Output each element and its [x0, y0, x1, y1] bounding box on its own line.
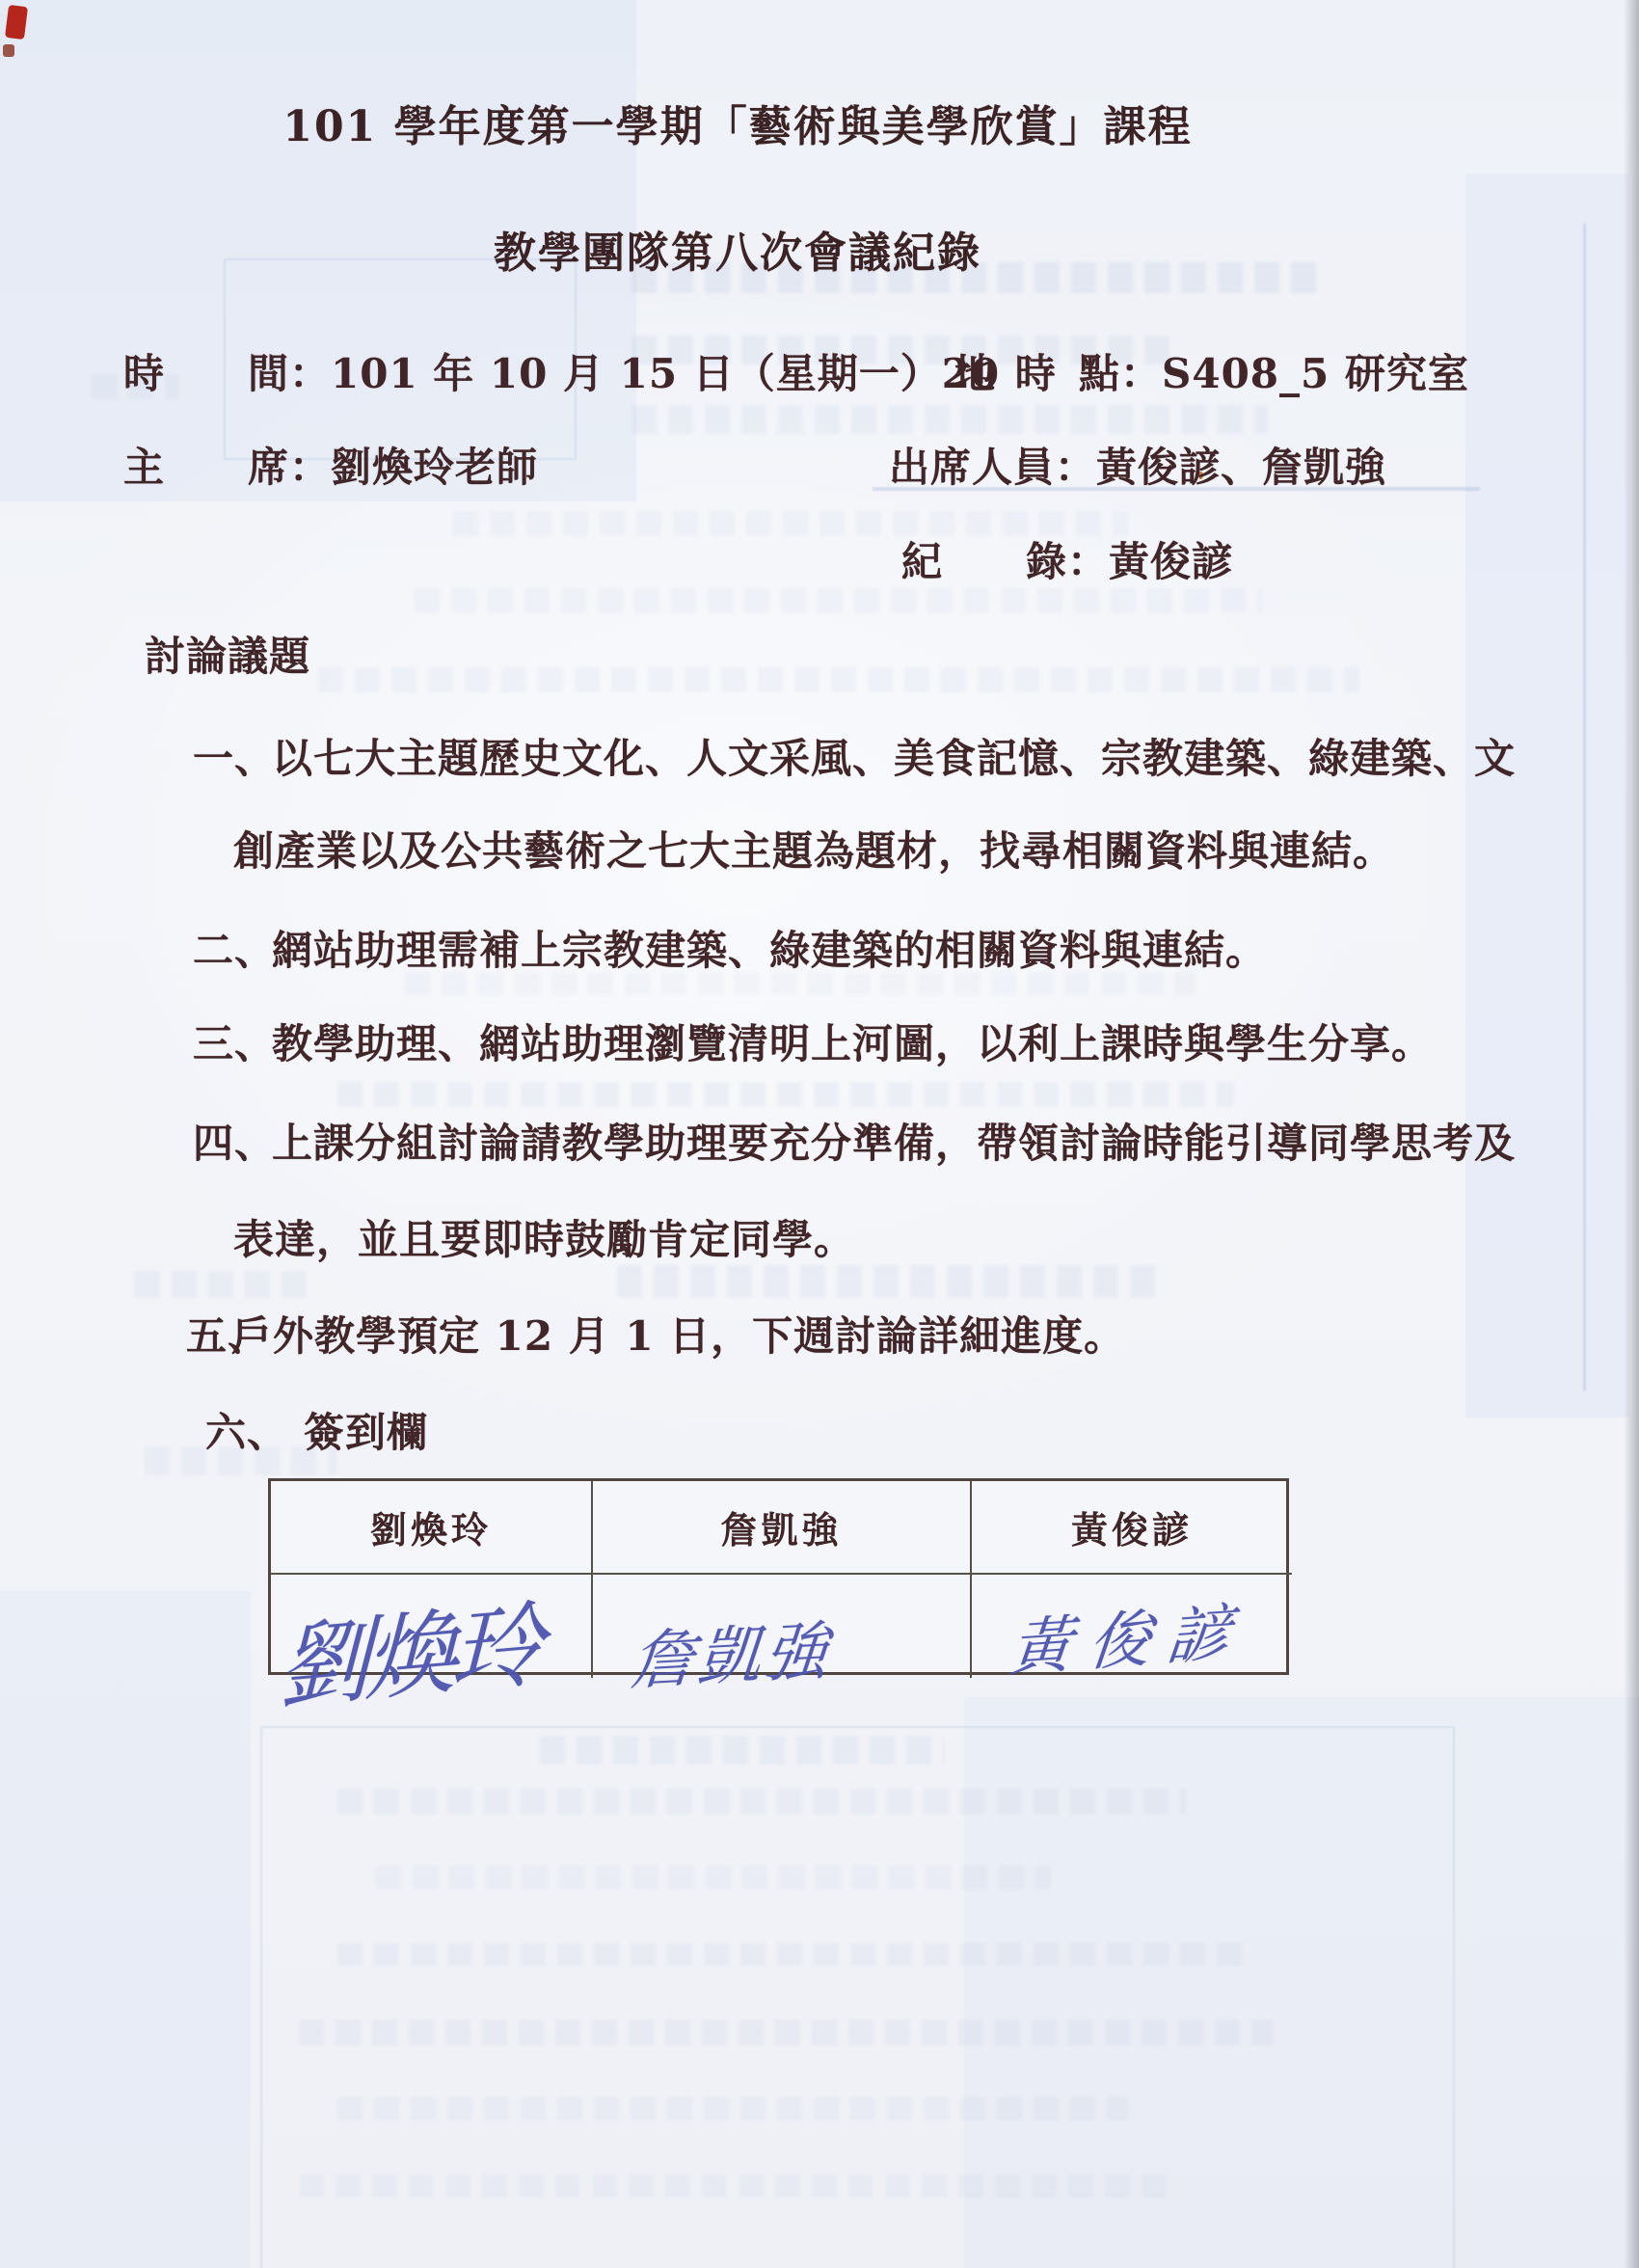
agenda-item-6-num: 六、: [205, 1411, 288, 1454]
bleedthrough-text: [631, 405, 1268, 434]
bleedthrough-text: [299, 2174, 1167, 2198]
recorder-value: 黃俊諺: [1109, 538, 1233, 585]
signature-table: 劉煥玲 詹凱強 黃俊諺: [268, 1478, 1289, 1675]
signature-cell-2: [593, 1575, 972, 1678]
signature-cell-3: [972, 1575, 1292, 1678]
bleedthrough-text: [617, 1265, 1157, 1298]
agenda-item-4-line-2: 表達，並且要即時鼓勵肯定同學。: [233, 1218, 855, 1261]
scan-tint-wash: [964, 1697, 1639, 2268]
chair-value: 劉煥玲老師: [331, 444, 538, 491]
signature-table-header-3: 黃俊諺: [972, 1481, 1292, 1575]
location-value: S408_5 研究室: [1162, 350, 1469, 397]
scan-mark-red: [5, 5, 28, 40]
agenda-item-5-line-1: 戶外教學預定 12 月 1 日，下週討論詳細進度。: [231, 1314, 1125, 1358]
bleedthrough-text: [299, 2020, 1273, 2045]
scan-tint-wash: [1465, 174, 1629, 1417]
scan-edge-shadow: [1624, 0, 1639, 2268]
bleedthrough-text: [405, 972, 1196, 995]
agenda-item-2-num: 二、: [193, 929, 276, 972]
scan-mark-red: [3, 44, 14, 57]
meeting-time: 時 間：101 年 10 月 15 日（星期一）20 時: [123, 352, 1057, 395]
course-title: 101 學年度第一學期「藝術與美學欣賞」課程: [0, 92, 1475, 153]
bleedthrough-text: [415, 588, 1263, 613]
bleedthrough-text: [337, 2097, 1128, 2120]
time-label: 時 間：: [123, 350, 331, 397]
bleedthrough-text: [318, 667, 1359, 692]
bleedthrough-rule: [1583, 224, 1586, 1390]
scan-tint-wash: [0, 1591, 251, 2268]
attendees-label: 出席人員：: [889, 444, 1096, 491]
meeting-title: 教學團隊第八次會議紀錄: [0, 218, 1475, 280]
agenda-item-1-num: 一、: [193, 737, 276, 780]
location-label: 地 點：: [954, 350, 1162, 397]
bleedthrough-text: [337, 1943, 1253, 1966]
agenda-item-4-num: 四、: [193, 1121, 276, 1165]
bleedthrough-text: [453, 511, 1128, 536]
bleedthrough-text: [337, 1789, 1186, 1814]
time-value: 101 年 10 月 15 日（星期一）20 時: [331, 350, 1057, 397]
signature-table-header-1: 劉煥玲: [271, 1481, 593, 1575]
meeting-attendees: 出席人員：黃俊諺、詹凱強: [889, 445, 1386, 489]
bleedthrough-text: [337, 1082, 1234, 1107]
agenda-item-1-line-1: 以七大主題歷史文化、人文采風、美食記憶、宗教建築、綠建築、文: [272, 737, 1516, 780]
signature-table-header-2: 詹凱強: [593, 1481, 972, 1575]
agenda-item-6-line-1: 簽到欄: [304, 1411, 428, 1454]
recorder-label: 紀 錄：: [901, 538, 1109, 585]
chair-label: 主 席：: [123, 444, 331, 491]
bleedthrough-text: [540, 1736, 945, 1765]
scanned-meeting-minutes-page: 101 學年度第一學期「藝術與美學欣賞」課程 教學團隊第八次會議紀錄 時 間：1…: [0, 0, 1639, 2268]
attendees-value: 黃俊諺、詹凱強: [1096, 444, 1386, 491]
agenda-item-1-line-2: 創產業以及公共藝術之七大主題為題材，找尋相關資料與連結。: [233, 829, 1394, 873]
bleedthrough-box: [260, 1726, 1455, 2268]
meeting-recorder: 紀 錄：黃俊諺: [901, 540, 1233, 583]
agenda-item-2-line-1: 網站助理需補上宗教建築、綠建築的相關資料與連結。: [272, 929, 1267, 972]
signature-cell-1: [271, 1575, 593, 1678]
meeting-location: 地 點：S408_5 研究室: [954, 352, 1469, 395]
bleedthrough-text: [376, 1866, 1051, 1889]
meeting-chair: 主 席：劉煥玲老師: [123, 445, 538, 489]
agenda-heading: 討論議題: [145, 634, 310, 678]
agenda-item-4-line-1: 上課分組討論請教學助理要充分準備，帶領討論時能引導同學思考及: [272, 1121, 1516, 1165]
agenda-item-3-num: 三、: [193, 1022, 276, 1066]
bleedthrough-text: [135, 1271, 309, 1298]
agenda-item-3-line-1: 教學助理、網站助理瀏覽清明上河圖，以利上課時與學生分享。: [272, 1022, 1433, 1066]
